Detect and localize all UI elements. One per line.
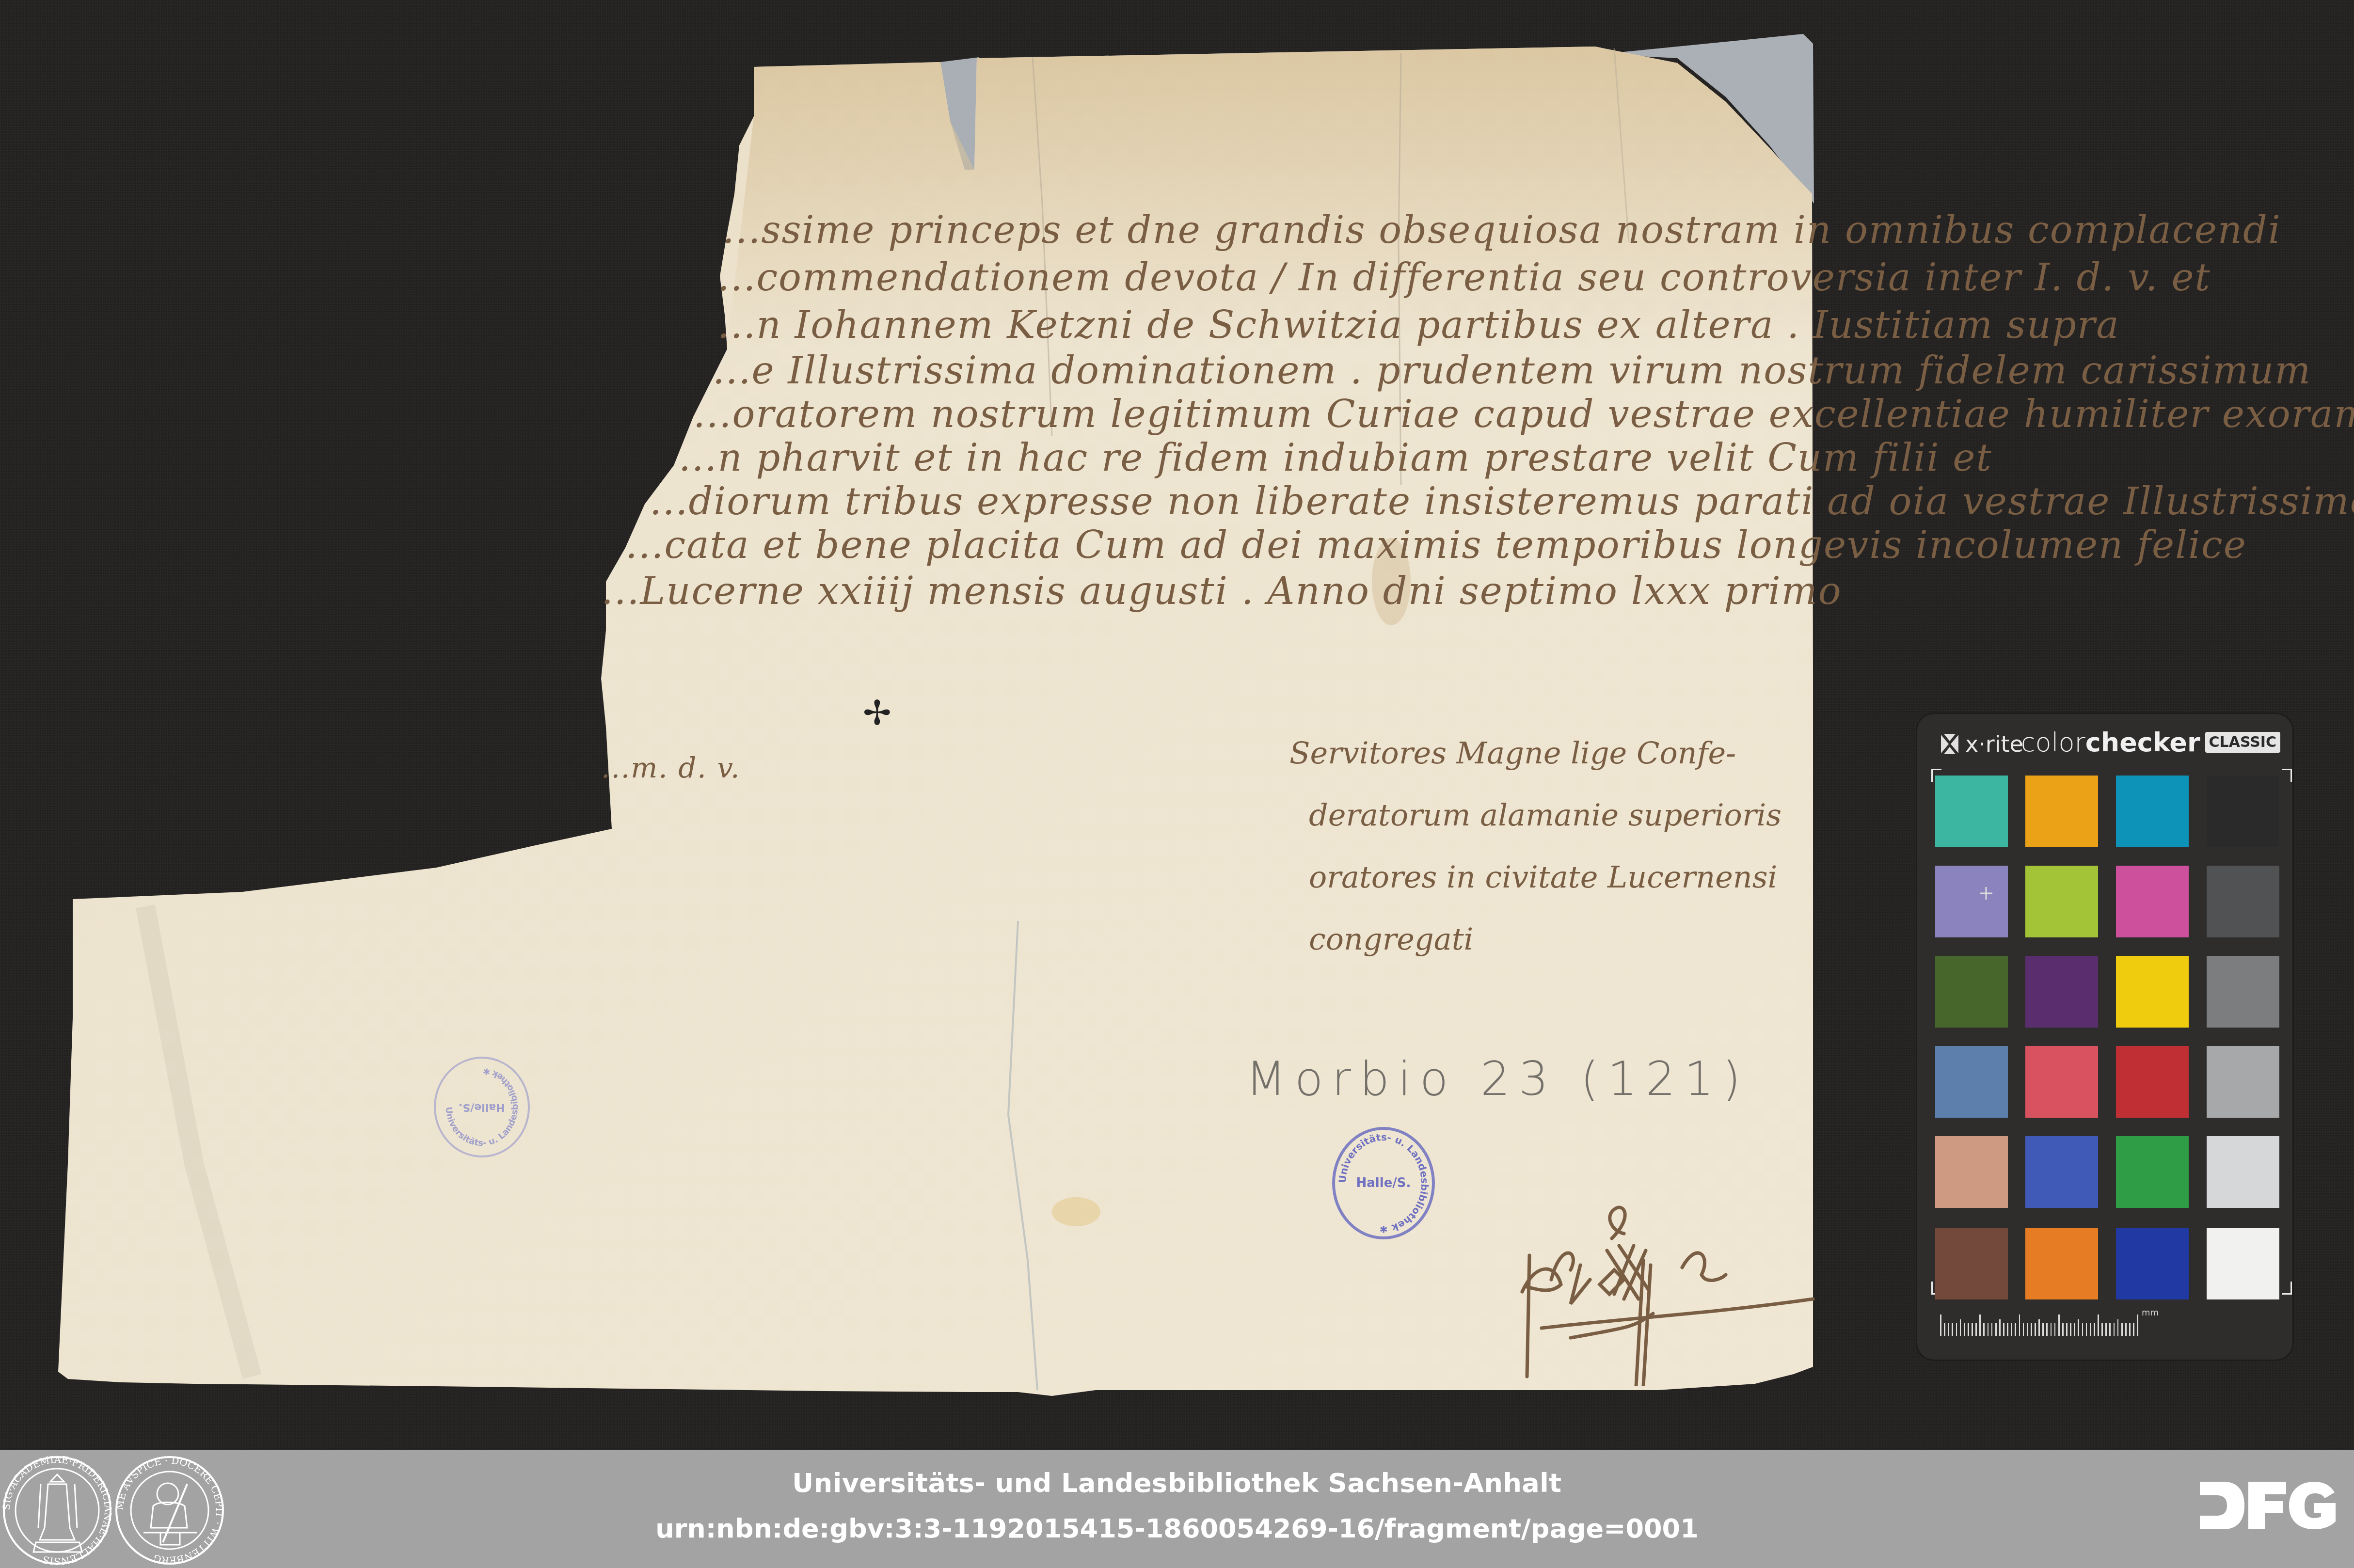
color-swatch xyxy=(1935,1228,2008,1299)
manuscript-line-6: ...n pharvit et in hac re fidem indubiam… xyxy=(679,436,1992,480)
stamp-center-text: Halle/S. xyxy=(459,1100,505,1114)
color-swatch xyxy=(2025,866,2098,937)
ruler-tick xyxy=(1983,1323,1985,1336)
ruler-tick xyxy=(2027,1323,2028,1336)
ruler-tick xyxy=(2011,1323,2012,1336)
color-swatch xyxy=(2116,776,2189,847)
ruler-tick xyxy=(1988,1323,1989,1336)
cross-mark: ✢ xyxy=(863,693,891,733)
ruler-tick xyxy=(2129,1323,2131,1336)
ruler-tick xyxy=(2058,1315,2060,1336)
signature-line-2: deratorum alamanie superioris xyxy=(1309,784,1781,846)
ruler-tick xyxy=(1956,1323,1957,1336)
dfg-logo-icon xyxy=(2200,1482,2336,1529)
classic-badge: CLASSIC xyxy=(2205,732,2280,753)
ruler-tick xyxy=(2054,1323,2056,1336)
manuscript-line-9: ...Lucerne xxiiij mensis augusti . Anno … xyxy=(601,570,1842,613)
crop-corner-br xyxy=(2282,1282,2292,1295)
signature-line-4: congregati xyxy=(1309,908,1781,970)
signature-block: Servitores Magne lige Confe- deratorum a… xyxy=(1289,722,1781,970)
ruler-tick xyxy=(2046,1323,2048,1336)
ruler-tick xyxy=(2090,1323,2091,1336)
color-swatch xyxy=(2207,956,2279,1028)
color-swatch xyxy=(2116,866,2189,937)
ruler-tick xyxy=(2133,1323,2134,1336)
color-swatch xyxy=(2116,956,2189,1028)
ruler-tick xyxy=(2137,1315,2138,1336)
color-swatch xyxy=(2207,1228,2279,1299)
ruler-tick xyxy=(1960,1319,1961,1336)
xrite-brand: x·rite xyxy=(1940,731,2023,757)
ruler-tick xyxy=(2007,1323,2008,1336)
color-swatch xyxy=(2025,1046,2098,1118)
manuscript-line-2: ...commendationem devota / In differenti… xyxy=(717,256,2211,300)
crop-corner-tr xyxy=(2282,769,2292,782)
ruler-tick xyxy=(1995,1323,1997,1336)
ruler-tick xyxy=(2038,1319,2040,1336)
manuscript-line-3: ...n Iohannem Ketzni de Schwitzia partib… xyxy=(717,303,2120,347)
ruler-tick xyxy=(1968,1323,1969,1336)
xrite-brand-text: x·rite xyxy=(1965,731,2023,757)
salutation-abbrev: ...m. d. v. xyxy=(601,751,741,784)
ruler-tick xyxy=(2051,1323,2052,1336)
ruler-tick xyxy=(2094,1323,2095,1336)
ruler-tick xyxy=(2117,1319,2119,1336)
ruler-tick xyxy=(2042,1323,2044,1336)
ruler-tick xyxy=(1999,1319,2001,1336)
ruler-tick xyxy=(2105,1323,2107,1336)
ruler-tick xyxy=(2074,1323,2075,1336)
ruler-tick xyxy=(2125,1323,2127,1336)
color-checker-card: x·rite colorchecker CLASSIC mm xyxy=(1916,713,2294,1361)
manuscript-line-7: ...diorum tribus expresse non liberate i… xyxy=(650,480,2354,523)
ruler-tick xyxy=(2062,1323,2064,1336)
notary-signature xyxy=(1479,1183,1818,1386)
library-stamp-small: Universitäts- u. Landesbibliothek ✱ Hall… xyxy=(434,1057,530,1157)
manuscript-line-4: ...e Illustrissima dominationem . pruden… xyxy=(713,349,2311,393)
title-bold: checker xyxy=(2085,727,2200,758)
ruler-tick xyxy=(2121,1323,2123,1336)
color-swatch xyxy=(2025,776,2098,847)
color-swatch xyxy=(2116,1136,2189,1208)
color-swatch xyxy=(1935,866,2008,937)
ruler-tick xyxy=(2023,1323,2024,1336)
color-swatch xyxy=(1935,1046,2008,1118)
ruler-tick xyxy=(2031,1323,2032,1336)
title-light: color xyxy=(2021,727,2085,758)
color-swatch xyxy=(2207,776,2279,847)
ruler-tick xyxy=(1975,1323,1977,1336)
ruler-tick xyxy=(2086,1323,2087,1336)
registration-crosshair-icon xyxy=(1979,886,1993,901)
footer-bar: SIG·ACADEMIAE·FRIDERICIANAE·HALLENSIS ME… xyxy=(0,1450,2354,1568)
signature-line-3: oratores in civitate Lucernensi xyxy=(1309,846,1781,908)
colorchecker-title: colorchecker CLASSIC xyxy=(2021,727,2280,758)
footer-urn[interactable]: urn:nbn:de:gbv:3:3-1192015415-1860054269… xyxy=(0,1513,2354,1544)
manuscript-line-8: ...cata et bene placita Cum ad dei maxim… xyxy=(625,523,2247,567)
color-swatch xyxy=(2207,1136,2279,1208)
ruler-tick xyxy=(2019,1315,2020,1336)
ruler-tick xyxy=(2035,1323,2036,1336)
pencil-shelfmark: Morbio 23 (121) xyxy=(1246,1052,1750,1106)
color-swatch xyxy=(2025,956,2098,1028)
color-swatch xyxy=(2025,1228,2098,1299)
ruler-tick xyxy=(2114,1323,2115,1336)
signature-line-1: Servitores Magne lige Confe- xyxy=(1289,722,1781,784)
ruler-tick xyxy=(2066,1323,2068,1336)
ruler-tick xyxy=(1944,1323,1945,1336)
ruler-tick xyxy=(1972,1323,1973,1336)
footer-institution: Universitäts- und Landesbibliothek Sachs… xyxy=(0,1468,2354,1498)
ruler-tick xyxy=(1964,1323,1965,1336)
ruler-tick xyxy=(1940,1315,1941,1336)
ruler-tick xyxy=(2098,1315,2099,1336)
ruler-tick xyxy=(2109,1323,2111,1336)
stamp-ring-text: Universitäts- u. Landesbibliothek ✱ xyxy=(1335,1130,1432,1236)
ruler-tick xyxy=(1948,1323,1949,1336)
ruler-unit-label: mm xyxy=(2142,1308,2159,1318)
color-swatch xyxy=(1935,1136,2008,1208)
color-swatch xyxy=(1935,776,2008,847)
library-stamp-large: Universitäts- u. Landesbibliothek ✱ Hall… xyxy=(1332,1127,1435,1239)
manuscript-line-5: ...oratorem nostrum legitimum Curiae cap… xyxy=(693,393,2354,436)
ruler-tick xyxy=(1991,1323,1993,1336)
color-swatch xyxy=(2207,1046,2279,1118)
color-swatch xyxy=(2116,1046,2189,1118)
ruler-tick xyxy=(1952,1323,1953,1336)
ruler-tick xyxy=(1979,1315,1981,1336)
ruler-tick xyxy=(2003,1323,2004,1336)
ruler-tick xyxy=(2015,1323,2016,1336)
ruler-tick xyxy=(2070,1323,2071,1336)
ruler-tick xyxy=(2078,1319,2079,1336)
manuscript-line-1: ...ssime princeps et dne grandis obsequi… xyxy=(722,208,2281,252)
color-swatch xyxy=(2207,866,2279,937)
xrite-logo-icon xyxy=(1940,733,1959,755)
mm-ruler xyxy=(1940,1313,2141,1336)
ruler-tick xyxy=(2101,1323,2103,1336)
manuscript-fragment: ...ssime princeps et dne grandis obsequi… xyxy=(0,0,1842,1450)
color-swatch xyxy=(1935,956,2008,1028)
svg-text:Universitäts- u. Landesbibliot: Universitäts- u. Landesbibliothek ✱ xyxy=(1336,1131,1431,1235)
color-swatch xyxy=(2116,1228,2189,1299)
ruler-tick xyxy=(2082,1323,2084,1336)
color-swatch xyxy=(2025,1136,2098,1208)
